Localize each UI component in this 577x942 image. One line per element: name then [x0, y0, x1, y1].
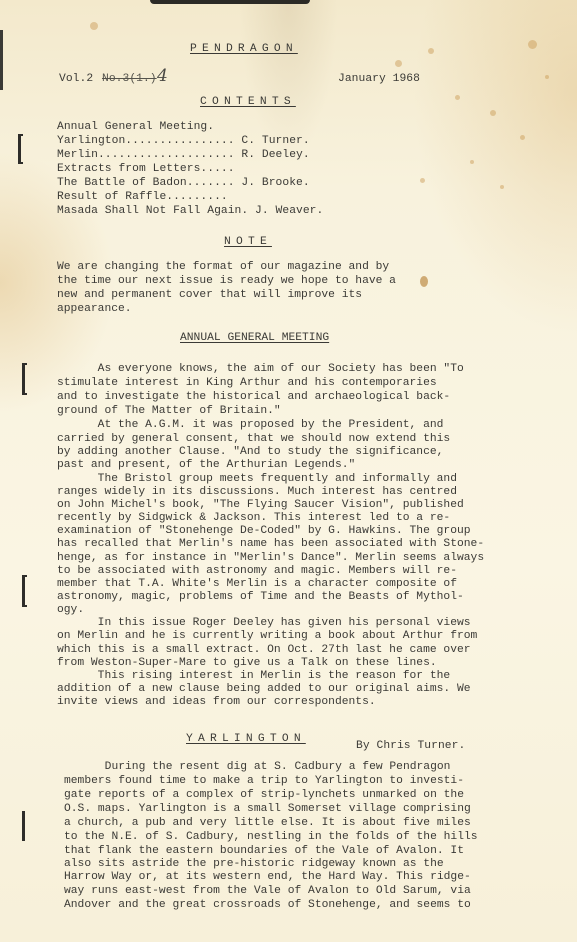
handwritten-issue-number: 4 — [157, 66, 168, 86]
foxing-spot — [490, 110, 496, 116]
foxing-spot — [395, 60, 402, 67]
foxing-spot — [90, 22, 98, 30]
foxing-spot — [545, 75, 549, 79]
margin-bar-mark — [22, 811, 25, 841]
margin-bracket-mark — [18, 134, 21, 164]
volume-label: Vol.2 — [59, 73, 93, 86]
foxing-spot — [470, 160, 474, 164]
issue-date: January 1968 — [338, 73, 420, 86]
contents-item: Result of Raffle......... — [57, 191, 228, 204]
foxing-spot — [428, 48, 434, 54]
yarlington-byline: By Chris Turner. — [356, 740, 465, 753]
contents-item: The Battle of Badon....... J. Brooke. — [57, 177, 310, 190]
note-line: new and permanent cover that will improv… — [57, 288, 362, 303]
page-left-edge-shadow — [0, 30, 3, 90]
agm-line: ground of The Matter of Britain." — [57, 404, 281, 419]
agm-line: has recalled that Merlin's name has been… — [57, 537, 484, 552]
yarlington-line: During the resent dig at S. Cadbury a fe… — [64, 760, 450, 775]
agm-line: past and present, of the Arthurian Legen… — [57, 458, 355, 473]
contents-item: Annual General Meeting. — [57, 121, 214, 134]
note-line: appearance. — [57, 302, 132, 317]
yarlington-line: Andover and the great crossroads of Ston… — [64, 898, 471, 913]
typewritten-page: PENDRAGON Vol.2 No.3(1.) 4 January 1968 … — [0, 0, 577, 942]
foxing-spot — [420, 178, 425, 183]
foxing-spot — [520, 135, 525, 140]
contents-heading: CONTENTS — [200, 96, 296, 109]
foxing-spot — [500, 185, 504, 189]
agm-line: and to investigate the historical and ar… — [57, 390, 450, 405]
margin-bracket-mark — [22, 575, 25, 607]
margin-bracket-mark — [22, 363, 25, 395]
yarlington-line: to the N.E. of S. Cadbury, nestling in t… — [64, 830, 478, 845]
contents-item: Masada Shall Not Fall Again. J. Weaver. — [57, 205, 323, 218]
contents-item: Extracts from Letters..... — [57, 163, 235, 176]
yarlington-line: Harrow Way or, at its western end, the H… — [64, 870, 471, 885]
foxing-spot — [455, 95, 460, 100]
agm-line: As everyone knows, the aim of our Societ… — [57, 362, 464, 377]
contents-item: Merlin.................... R. Deeley. — [57, 149, 310, 162]
foxing-spot — [420, 276, 428, 287]
agm-line: on Merlin and he is currently writing a … — [57, 629, 477, 644]
agm-line: astronomy, magic, problems of Time and t… — [57, 590, 464, 605]
agm-line: stimulate interest in King Arthur and hi… — [57, 376, 437, 391]
struck-issue-number: No.3(1.) — [102, 73, 157, 86]
note-line: We are changing the format of our magazi… — [57, 260, 389, 275]
note-line: the time our next issue is ready we hope… — [57, 274, 396, 289]
page-top-edge-shadow — [150, 0, 310, 4]
yarlington-line: members found time to make a trip to Yar… — [64, 774, 464, 789]
yarlington-heading: YARLINGTON — [186, 733, 306, 746]
contents-item: Yarlington................ C. Turner. — [57, 135, 310, 148]
masthead-title: PENDRAGON — [190, 43, 298, 56]
yarlington-line: way runs east-west from the Vale of Aval… — [64, 884, 471, 899]
yarlington-line: O.S. maps. Yarlington is a small Somerse… — [64, 802, 471, 817]
foxing-spot — [528, 40, 537, 49]
yarlington-line: gate reports of a complex of strip-lynch… — [64, 788, 464, 803]
yarlington-line: a church, a pub and very little else. It… — [64, 816, 471, 831]
agm-line: invite views and ideas from our correspo… — [57, 695, 376, 710]
agm-line: At the A.G.M. it was proposed by the Pre… — [57, 418, 443, 433]
agm-heading: ANNUAL GENERAL MEETING — [180, 332, 329, 345]
note-heading: NOTE — [224, 236, 272, 249]
